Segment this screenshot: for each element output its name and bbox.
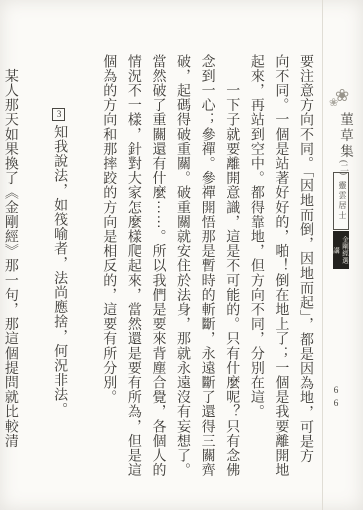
section-number-badge: 3 bbox=[52, 108, 65, 121]
text-column: 念到一心；參禪。參禪開悟那是暫時的斬斷，永遠斷了還得三關齊 bbox=[194, 54, 219, 486]
page-number: 66 bbox=[331, 386, 341, 412]
text-column: 起來，再站到空中。都得靠地，但方向不同，分別在這。 bbox=[243, 54, 268, 486]
text-column: 個為的方向和那摔跤的方向是相反的，這要有所分別。 bbox=[96, 54, 121, 486]
book-page: 要注意方向不同。「因地而倒，因地而起」，都是因為地，可是方 向不同。一個是站著好… bbox=[0, 0, 363, 510]
running-header: ❀ ❀ 菫草集 (二) 靈雲居士 金剛經選講 66 bbox=[322, 0, 363, 510]
text-column: 情況不一樣，針對大家怎麼樣爬起來，當然還是要有所為，但是這 bbox=[120, 54, 145, 486]
text-column: 當然破了重關還有什麼⋯⋯。所以我們是要來背塵合覺，各個人的 bbox=[145, 54, 170, 486]
book-title: 菫草集 bbox=[335, 112, 355, 160]
text-column: 向不同。一個是站著好好的，啪！倒在地上了；一個是我要離開地 bbox=[268, 54, 293, 486]
author-label-box: 靈雲居士 bbox=[333, 172, 349, 230]
text-column: 某人那天如果換了《金剛經》那一句，那這個提問就比較清 bbox=[0, 54, 22, 486]
main-text-area: 要注意方向不同。「因地而倒，因地而起」，都是因為地，可是方 向不同。一個是站著好… bbox=[36, 54, 317, 486]
section-quote: 知我說法，如筏喻者，法尚應捨，何況非法。 bbox=[52, 125, 67, 417]
flower-glyph-small: ❀ bbox=[329, 96, 338, 109]
book-page-photo: { "header": { "title": "菫草集", "volume": … bbox=[0, 0, 363, 510]
flower-ornament-icon: ❀ ❀ bbox=[329, 86, 355, 112]
text-column: 破，起碼得破重關。破重關就安住於法身，那就永遠沒有妄想了。 bbox=[169, 54, 194, 486]
text-column: 要注意方向不同。「因地而倒，因地而起」，都是因為地，可是方 bbox=[292, 54, 317, 486]
text-column: 一下子就要離開意識，這是不可能的。只有什麼呢？只有念佛 bbox=[219, 54, 244, 486]
section-heading-column: 3知我說法，如筏喻者，法尚應捨，何況非法。 bbox=[22, 54, 96, 486]
series-label-box: 金剛經選講 bbox=[333, 231, 349, 269]
